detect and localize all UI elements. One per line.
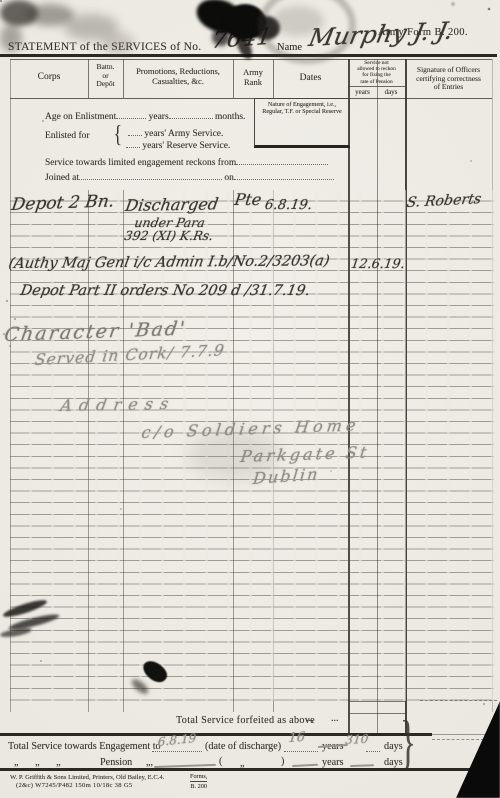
printer-imprint-line1: W. P. Griffith & Sons Limited, Printers,… <box>10 774 164 781</box>
reserve-service-label: years' Reserve Service. <box>142 141 230 151</box>
dotted-line <box>116 109 146 119</box>
pension-ditto-marks: „ „ „ <box>14 757 61 768</box>
pension-ditto1: „, <box>146 757 153 768</box>
engagement-total-label: Total Service towards Engagement to <box>8 741 161 752</box>
dotted-line <box>366 742 380 752</box>
entry-rank-handwritten: Pte <box>233 190 262 209</box>
dotted-line <box>126 138 140 148</box>
column-header-days: days <box>377 88 405 96</box>
ink-smudge <box>272 6 324 36</box>
printer-imprint-line2: (2&c) W7245/P482 150m 10/18c 38 G5 <box>16 782 133 789</box>
dot-leader: ... <box>331 713 339 724</box>
age-on-enlistment-line: Age on Enlistment years months. <box>45 109 245 122</box>
joined-at-label: Joined at <box>45 173 79 183</box>
enlisted-for-brace: { <box>114 122 122 149</box>
column-header-promotions: Promotions, Reductions, Casualties, &c. <box>123 67 233 87</box>
pencil-address-label: Address <box>59 394 177 415</box>
column-header-corps: Corps <box>10 72 88 83</box>
entry-date-handwritten: 6.8.19. <box>264 197 313 213</box>
age-months-label: months. <box>215 112 245 122</box>
army-form-b200-scan: Army Form B. 200. STATEMENT of the SERVI… <box>0 0 500 798</box>
on-label: on <box>224 173 234 183</box>
forms-number: B. 200 <box>190 781 207 790</box>
reserve-service-line: years' Reserve Service. <box>126 138 230 151</box>
ink-blot <box>212 28 230 46</box>
column-header-years: years <box>348 88 377 96</box>
entry-action-line1: Discharged <box>124 194 220 215</box>
right-margin-rule <box>420 700 497 701</box>
paper-speckles <box>0 0 2 2</box>
pencil-smudge <box>188 428 280 480</box>
pencil-dash <box>292 764 318 767</box>
pension-paren-close: ) <box>281 756 284 767</box>
ink-smudge <box>0 24 22 52</box>
nature-of-engagement-box: Nature of Engagement, i.e., Regular, T.F… <box>254 98 350 148</box>
forms-reference-block: Forms, B. 200 <box>190 773 207 790</box>
enlisted-for-label: Enlisted for <box>45 131 90 141</box>
forfeited-label: Total Service forfeited as above <box>176 715 315 726</box>
forfeited-grid-rule <box>348 701 405 702</box>
totals-brace: } <box>400 708 416 777</box>
pension-paren-open: ( <box>219 756 222 767</box>
nature-of-engagement-label: Nature of Engagement, i.e., Regular, T.F… <box>255 101 349 115</box>
column-header-service-not-allowed: Service not allowed to reckon for fixing… <box>348 60 405 85</box>
entry-action-line3: 392 (XI) K.Rs. <box>123 228 214 243</box>
column-header-battn: Battn. or Depôt <box>88 63 123 89</box>
table-header-bottom-rule <box>10 98 492 99</box>
entry-authority-handwritten: (Authy Maj Genl i/c Admin I.b/No.2/3203(… <box>7 253 331 272</box>
table-top-rule <box>10 59 492 60</box>
entry-authority-date: 12.6.19. <box>350 257 406 272</box>
forms-label: Forms, <box>190 773 207 780</box>
dot-leader: .., <box>306 713 314 724</box>
dotted-line <box>128 126 142 136</box>
ink-smudge <box>102 32 134 54</box>
dotted-line <box>169 109 213 119</box>
age-label: Age on Enlistment <box>45 112 116 122</box>
entry-corps-handwritten: Depot 2 Bn. <box>10 191 116 215</box>
pension-label: Pension <box>100 757 132 768</box>
age-years-label: years <box>149 112 169 122</box>
pencil-dash <box>154 764 216 768</box>
column-header-signature: Signature of Officers certifying correct… <box>405 66 492 92</box>
date-of-discharge-label: (date of discharge) <box>205 741 281 752</box>
dotted-line <box>234 170 334 180</box>
bottom-rule <box>0 768 488 771</box>
joined-at-line: Joined at on <box>45 170 334 183</box>
pension-years-label: years <box>322 757 344 768</box>
engagement-years-pencil: 16 <box>288 730 306 746</box>
dotted-line <box>236 155 328 165</box>
right-margin-rule <box>432 739 484 740</box>
column-header-army-rank: Army Rank <box>233 68 273 88</box>
forfeited-grid-rule <box>348 713 405 714</box>
pencil-dash <box>350 764 374 766</box>
column-header-dates: Dates <box>273 73 348 84</box>
entry-part2-orders: Depot Part II orders No 209 d /31.7.19. <box>19 283 311 299</box>
limited-engagement-line: Service towards limited engagement recko… <box>45 155 328 168</box>
dotted-line <box>79 170 222 180</box>
limited-engagement-label: Service towards limited engagement recko… <box>45 158 236 168</box>
